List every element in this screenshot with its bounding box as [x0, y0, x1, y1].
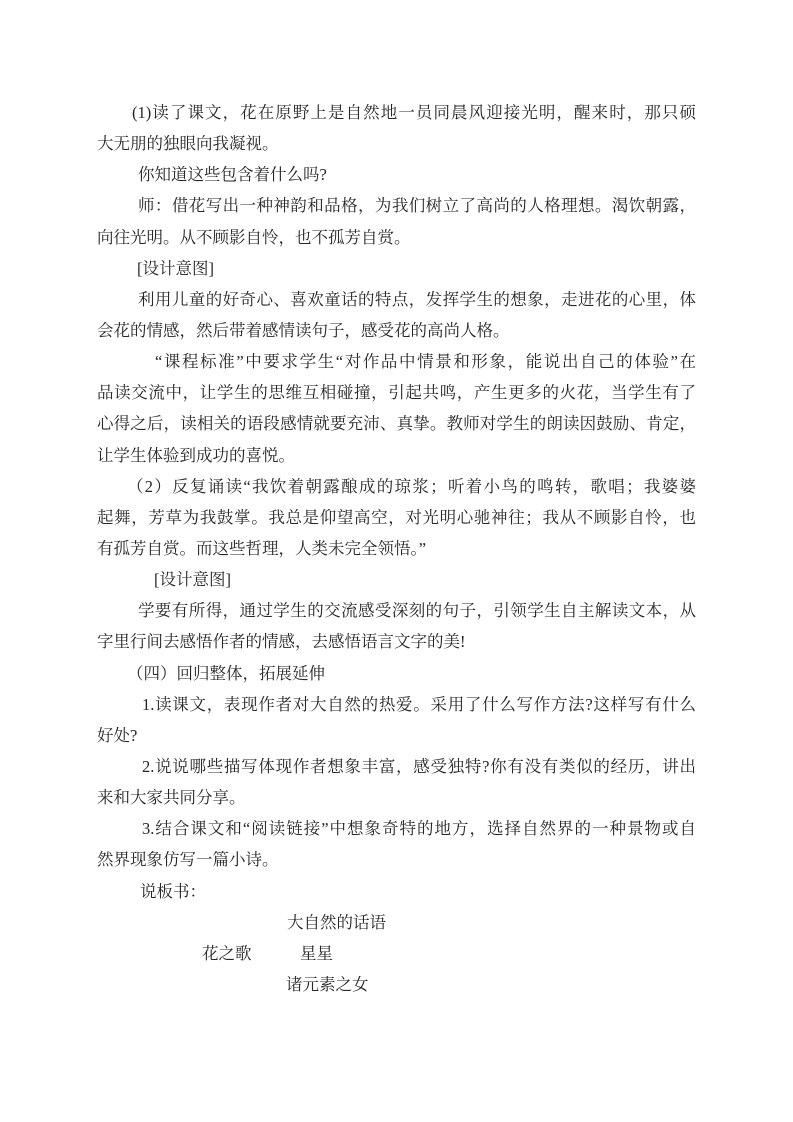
text-line-text: 你知道这些包含着什么吗? [138, 165, 327, 184]
text-line: 好处? [97, 720, 696, 751]
board-line-items: 花之歌星星 [97, 938, 696, 969]
document-page: (1)读了课文，花在原野上是自然地一员同晨风迎接光明，醒来时，那只硕大无朋的独眼… [0, 0, 793, 1122]
design-intent-label: [设计意图] [97, 564, 696, 595]
text-line: 师：借花写出一种神韵和品格，为我们树立了高尚的人格理想。渴饮朝露， [97, 190, 696, 221]
text-line: 字里行间去感悟作者的情感，去感悟语言文字的美! [97, 626, 696, 657]
text-line-text: 向往光明。从不顾影自怜，也不孤芳自赏。 [97, 228, 411, 247]
text-line: 你知道这些包含着什么吗? [97, 159, 696, 190]
text-line-text: 说板书： [140, 882, 206, 901]
text-line: 大无朋的独眼向我凝视。 [97, 128, 696, 159]
text-line-text: 然界现象仿写一篇小诗。 [97, 850, 279, 869]
text-line: 品读交流中，让学生的思维互相碰撞，引起共鸣，产生更多的火花，当学生有了 [97, 377, 696, 408]
text-line-text: 有孤芳自赏。而这些哲理，人类未完全领悟。” [97, 539, 426, 558]
text-line: (1)读了课文，花在原野上是自然地一员同晨风迎接光明，醒来时，那只硕 [97, 97, 696, 128]
text-line: 3.结合课文和“阅读链接”中想象奇特的地方，选择自然界的一种景物或自 [97, 813, 696, 844]
text-line: （2）反复诵读“我饮着朝露酿成的琼浆；听着小鸟的鸣转，歌唱；我婆婆 [97, 471, 696, 502]
text-line: 会花的情感，然后带着感情读句子，感受花的高尚人格。 [97, 315, 696, 346]
text-line: 有孤芳自赏。而这些哲理，人类未完全领悟。” [97, 533, 696, 564]
document-body: (1)读了课文，花在原野上是自然地一员同晨风迎接光明，醒来时，那只硕大无朋的独眼… [97, 97, 696, 1000]
section-heading-text: （四）回归整体，拓展延伸 [127, 664, 325, 683]
design-intent-label: [设计意图] [97, 253, 696, 284]
design-intent-label-text: [设计意图] [154, 570, 231, 589]
text-line: 学要有所得，通过学生的交流感受深刻的句子，引领学生自主解读文本，从 [97, 595, 696, 626]
section-heading: （四）回归整体，拓展延伸 [97, 658, 696, 689]
text-line: 1.读课文，表现作者对大自然的热爱。采用了什么写作方法?这样写有什么 [97, 689, 696, 720]
text-line-text: 好处? [97, 726, 137, 745]
text-line: 来和大家共同分享。 [97, 782, 696, 813]
text-line-text: 大无朋的独眼向我凝视。 [97, 134, 279, 153]
board-line-title: 大自然的话语 [97, 907, 696, 938]
board-line-items-text: 花之歌 [202, 944, 252, 963]
text-line: 让学生体验到成功的喜悦。 [97, 440, 696, 471]
text-line: 说板书： [97, 876, 696, 907]
text-line: 心得之后，读相关的语段感情就要充沛、真挚。教师对学生的朗读因鼓励、肯定， [97, 408, 696, 439]
board-line-item-text: 诸元素之女 [286, 975, 369, 994]
text-line: 起舞，芳草为我鼓掌。我总是仰望高空，对光明心驰神往；我从不顾影自怜，也 [97, 502, 696, 533]
design-intent-label-text: [设计意图] [137, 259, 214, 278]
text-line-text: 让学生体验到成功的喜悦。 [97, 446, 295, 465]
text-line-text: 来和大家共同分享。 [97, 788, 246, 807]
text-line: 向往光明。从不顾影自怜，也不孤芳自赏。 [97, 222, 696, 253]
text-line: 利用儿童的好奇心、喜欢童话的特点，发挥学生的想象，走进花的心里，体 [97, 284, 696, 315]
text-line: 2.说说哪些描写体现作者想象丰富，感受独特?你有没有类似的经历，讲出 [97, 751, 696, 782]
board-line-title-text: 大自然的话语 [287, 913, 386, 932]
text-line: “课程标准”中要求学生“对作品中情景和形象，能说出自己的体验”在 [97, 346, 696, 377]
text-line-text: 会花的情感，然后带着感情读句子，感受花的高尚人格。 [97, 321, 510, 340]
board-line-item: 诸元素之女 [97, 969, 696, 1000]
text-line-text: 字里行间去感悟作者的情感，去感悟语言文字的美! [97, 632, 466, 651]
text-line: 然界现象仿写一篇小诗。 [97, 844, 696, 875]
board-line-items-text-2: 星星 [300, 938, 333, 969]
